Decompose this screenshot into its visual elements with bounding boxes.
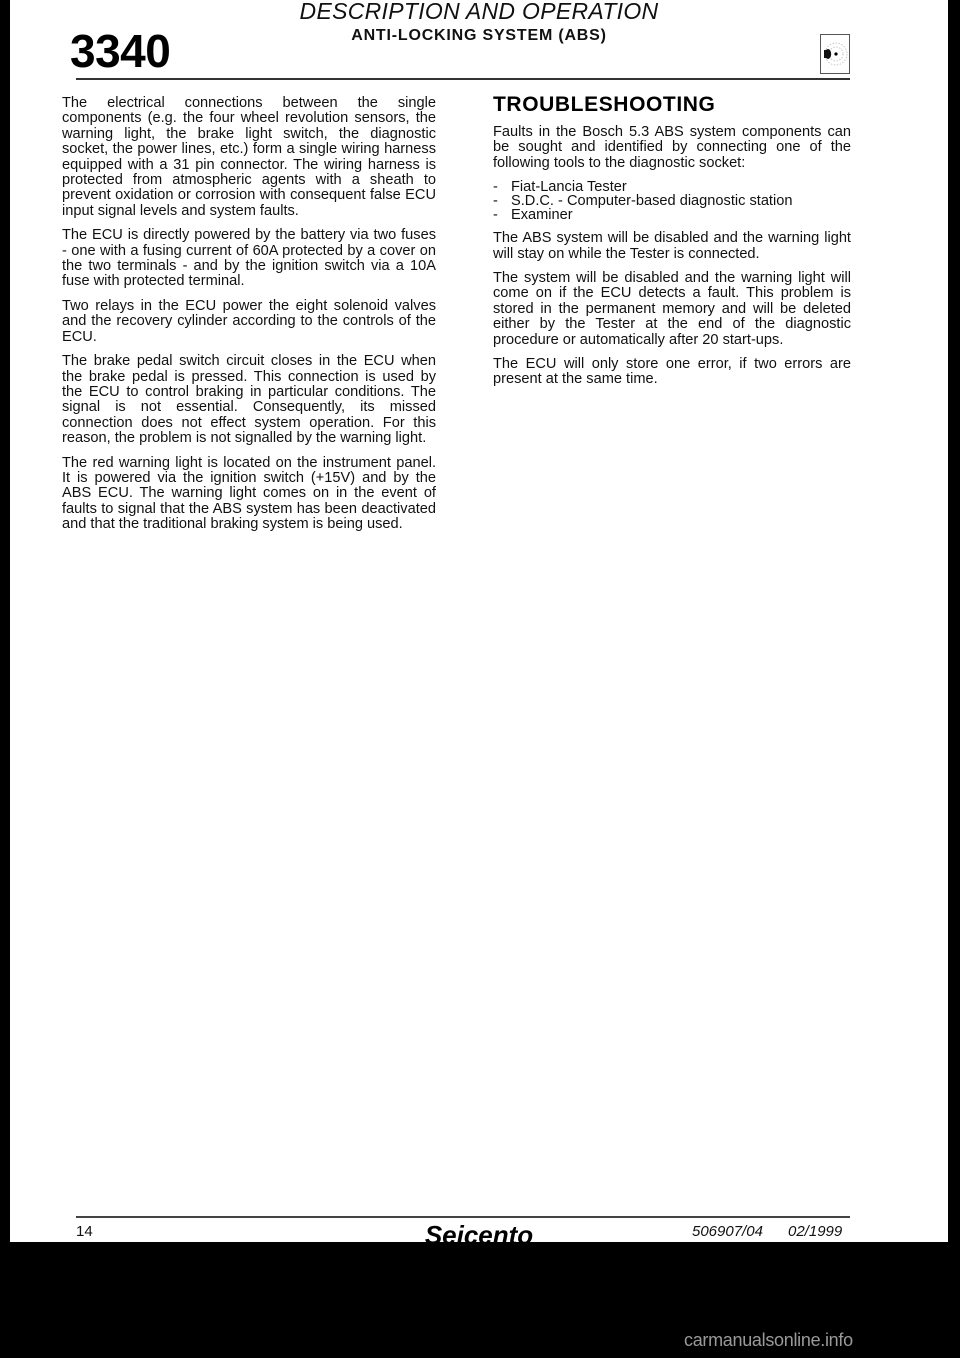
right-column: TROUBLESHOOTING Faults in the Bosch 5.3 … [493, 92, 851, 397]
document-date: 02/1999 [788, 1223, 842, 1240]
manual-page: DESCRIPTION AND OPERATION ANTI-LOCKING S… [10, 0, 948, 1242]
left-column: The electrical connections between the s… [62, 96, 436, 542]
paragraph-brake-pedal: The brake pedal switch circuit closes in… [62, 354, 436, 446]
tool-label: Fiat-Lancia Tester [511, 180, 627, 194]
tool-item: -S.D.C. - Computer-based diagnostic stat… [493, 194, 851, 208]
site-watermark: carmanualsonline.info [684, 1330, 853, 1351]
document-code: 506907/04 [692, 1223, 763, 1240]
paragraph-relays: Two relays in the ECU power the eight so… [62, 299, 436, 345]
abs-wheel-sensor-icon [820, 34, 850, 74]
list-marker: - [493, 194, 511, 208]
troubleshooting-heading: TROUBLESHOOTING [493, 92, 851, 118]
paragraph-wiring: The electrical connections between the s… [62, 96, 436, 219]
paragraph-power: The ECU is directly powered by the batte… [62, 228, 436, 290]
tool-item: -Examiner [493, 208, 851, 222]
tools-list: -Fiat-Lancia Tester -S.D.C. - Computer-b… [493, 180, 851, 222]
list-marker: - [493, 180, 511, 194]
paragraph-warning-light: The red warning light is located on the … [62, 456, 436, 533]
tool-item: -Fiat-Lancia Tester [493, 180, 851, 194]
paragraph-fault-memory: The system will be disabled and the warn… [493, 271, 851, 348]
section-title: DESCRIPTION AND OPERATION [10, 0, 948, 24]
list-marker: - [493, 208, 511, 222]
tool-label: Examiner [511, 208, 573, 222]
footer-rule [76, 1216, 850, 1218]
tool-label: S.D.C. - Computer-based diagnostic stati… [511, 194, 792, 208]
paragraph-tester-connected: The ABS system will be disabled and the … [493, 231, 851, 262]
section-number: 3340 [70, 26, 170, 76]
paragraph-single-error: The ECU will only store one error, if tw… [493, 357, 851, 388]
header-rule [76, 78, 850, 80]
troubleshooting-intro: Faults in the Bosch 5.3 ABS system compo… [493, 125, 851, 171]
